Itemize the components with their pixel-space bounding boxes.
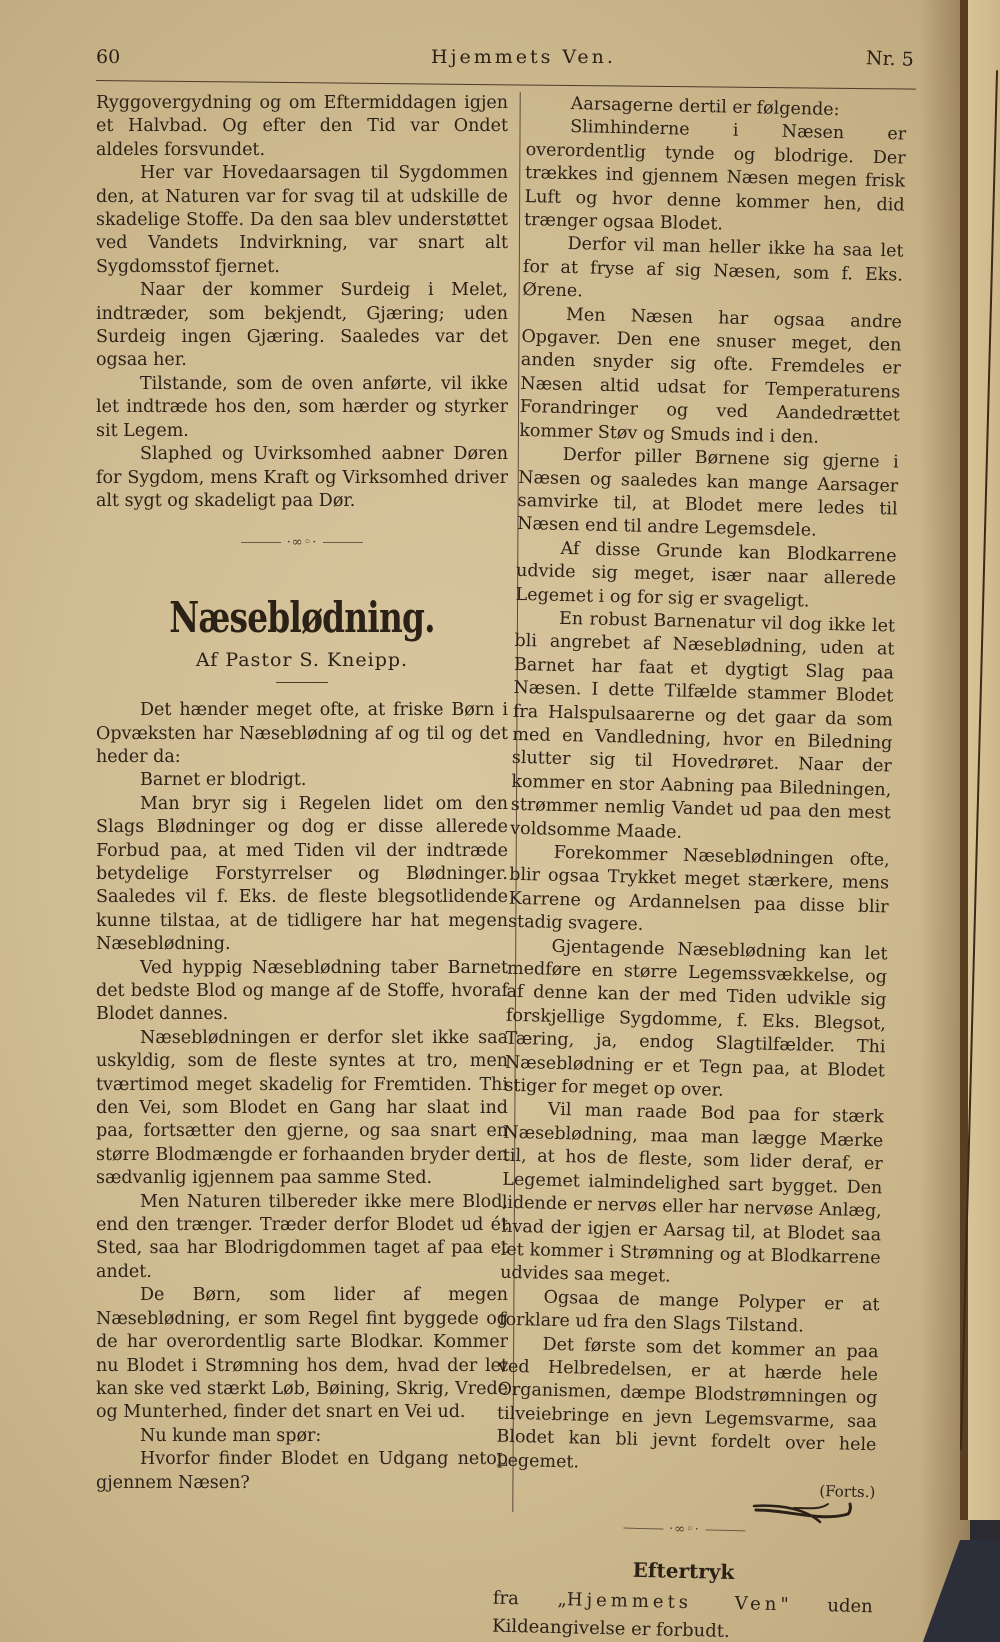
paragraph: Men Naturen tilbereder ikke mere Blod, e…	[96, 1191, 508, 1285]
notice-journal-name: Hjemmets Ven	[567, 1589, 781, 1615]
notice-text-before: fra „	[493, 1588, 568, 1611]
paragraph: Forekommer Næseblødningen ofte, blir ogs…	[508, 841, 890, 943]
journal-title: Hjemmets Ven.	[431, 46, 616, 68]
paragraph: Derfor vil man heller ikke ha saa let fo…	[522, 232, 903, 311]
notice-title: Eftertryk	[493, 1555, 873, 1587]
paragraph: Hvorfor finder Blodet en Udgang netop gj…	[96, 1448, 508, 1495]
ornament-line	[705, 1530, 745, 1532]
paragraph: De Børn, som lider af megen Næseblødning…	[96, 1284, 508, 1424]
paragraph: Naar der kommer Surdeig i Melet, indtræd…	[96, 279, 508, 373]
ornament-line	[323, 542, 363, 543]
section-ornament: ·∞◦·	[96, 531, 508, 554]
paragraph: Næseblødningen er derfor slet ikke saa u…	[96, 1027, 508, 1191]
paragraph: Ved hyppig Næseblødning taber Barnet det…	[96, 957, 508, 1027]
paragraph: Ryggovergydning og om Eftermiddagen igje…	[96, 92, 508, 162]
paragraph: Gjentagende Næseblødning kan let medføre…	[504, 934, 888, 1106]
paragraph: Vil man raade Bod paa for stærk Næseblød…	[500, 1098, 884, 1294]
paragraph: Ogsaa de mange Polyper er at forklare ud…	[499, 1285, 880, 1340]
paragraph: Her var Hovedaarsagen til Sygdommen den,…	[96, 162, 508, 279]
paragraph: Man bryr sig i Regelen lidet om den Slag…	[96, 793, 508, 957]
paragraph: Slaphed og Uvirksomhed aabner Døren for …	[96, 443, 508, 513]
ornament-line	[624, 1528, 664, 1530]
paragraph: Det første som det kommer an paa ved Hel…	[496, 1332, 879, 1481]
page-number: 60	[96, 46, 120, 68]
book-page: 60 Hjemmets Ven. Nr. 5 Ryggovergydning o…	[0, 0, 970, 1642]
article-byline: Af Pastor S. Kneipp.	[96, 649, 508, 672]
paragraph: Det hænder meget ofte, at friske Børn i …	[96, 699, 508, 769]
ornament-line	[241, 542, 281, 543]
paragraph: En robust Barnenatur vil dog ikke let bl…	[510, 607, 895, 850]
paragraph: Slimhinderne i Næsen er overordentlig ty…	[524, 115, 907, 241]
paragraph: Men Næsen har ogsaa andre Opgaver. Den e…	[519, 303, 902, 452]
issue-number: Nr. 5	[866, 47, 915, 71]
header-rule	[96, 80, 916, 90]
reprint-notice: fra „Hjemmets Ven" uden Kildeangivelse e…	[492, 1585, 873, 1642]
article-title: Næseblødning.	[141, 593, 462, 643]
paragraph: Tilstande, som de oven anførte, vil ikke…	[96, 373, 508, 443]
paragraph: Nu kunde man spør:	[96, 1425, 508, 1448]
byline-rule	[276, 682, 328, 683]
flourish-ornament-icon	[752, 1500, 852, 1530]
paragraph: Af disse Grunde kan Blodkarrene udvide s…	[515, 537, 896, 616]
page-header: 60 Hjemmets Ven. Nr. 5	[96, 46, 896, 76]
paragraph: Barnet er blodrigt.	[96, 769, 508, 792]
ornament-glyph: ·∞◦·	[669, 1522, 700, 1538]
right-column: Aarsagerne dertil er følgende: Slimhinde…	[492, 92, 907, 1642]
ornament-glyph: ·∞◦·	[287, 535, 318, 550]
left-column: Ryggovergydning og om Eftermiddagen igje…	[96, 92, 508, 1495]
paragraph: Derfor piller Børnene sig gjerne i Næsen…	[517, 443, 899, 545]
